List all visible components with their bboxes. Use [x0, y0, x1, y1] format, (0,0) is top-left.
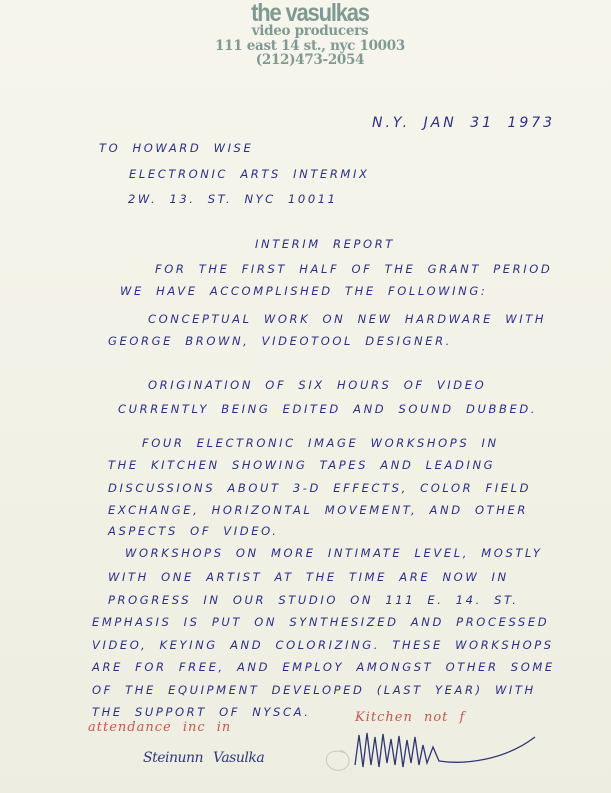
body-line: CONCEPTUAL WORK ON NEW HARDWARE WITH	[148, 312, 546, 326]
body-line: WORKSHOPS ON MORE INTIMATE LEVEL, MOSTLY	[125, 546, 543, 560]
letter-date: N.Y. JAN 31 1973	[372, 115, 555, 131]
body-line: DISCUSSIONS ABOUT 3-D EFFECTS, COLOR FIE…	[108, 481, 531, 495]
letter-page: the vasulkas video producers 111 east 14…	[0, 0, 611, 793]
letterhead-name: the vasulkas	[200, 0, 420, 25]
body-line: ASPECTS OF VIDEO.	[108, 524, 279, 538]
report-title: INTERIM REPORT	[255, 237, 395, 251]
body-line: EMPHASIS IS PUT ON SYNTHESIZED AND PROCE…	[92, 615, 549, 629]
body-line: EXCHANGE, HORIZONTAL MOVEMENT, AND OTHER	[108, 503, 528, 517]
body-line: VIDEO, KEYING AND COLORIZING. THESE WORK…	[92, 638, 554, 652]
recipient-org: ELECTRONIC ARTS INTERMIX	[129, 167, 369, 181]
body-line: CURRENTLY BEING EDITED AND SOUND DUBBED.	[118, 402, 537, 416]
body-line: FOR THE FIRST HALF OF THE GRANT PERIOD	[155, 262, 552, 276]
body-line: WE HAVE ACCOMPLISHED THE FOLLOWING:	[120, 284, 487, 298]
body-line: ARE FOR FREE, AND EMPLOY AMONGST OTHER S…	[92, 660, 555, 674]
red-annotation-left: attendance inc in	[88, 720, 231, 735]
letterhead: the vasulkas video producers 111 east 14…	[200, 2, 420, 68]
body-line: THE KITCHEN SHOWING TAPES AND LEADING	[108, 458, 495, 472]
letterhead-phone: (212)473-2054	[200, 54, 420, 68]
body-line: ORIGINATION OF SIX HOURS OF VIDEO	[148, 378, 486, 392]
body-line: GEORGE BROWN, VIDEOTOOL DESIGNER.	[108, 334, 452, 348]
recipient-name: TO HOWARD WISE	[99, 141, 253, 155]
body-line: FOUR ELECTRONIC IMAGE WORKSHOPS IN	[142, 436, 499, 450]
body-line: PROGRESS IN OUR STUDIO ON 111 E. 14. ST.	[108, 593, 519, 607]
body-line: WITH ONE ARTIST AT THE TIME ARE NOW IN	[108, 570, 509, 584]
recipient-street: 2W. 13. ST. NYC 10011	[128, 192, 338, 206]
body-line: THE SUPPORT OF NYSCA.	[92, 705, 311, 719]
letterhead-address: 111 east 14 st., nyc 10003	[200, 40, 420, 54]
signature-steina: Steinunn Vasulka	[143, 750, 264, 766]
letterhead-tagline: video producers	[200, 25, 420, 39]
red-annotation-right: Kitchen not f	[355, 710, 465, 725]
body-line: OF THE EQUIPMENT DEVELOPED (LAST YEAR) W…	[92, 683, 536, 697]
signature-woody-scribble	[315, 725, 545, 775]
